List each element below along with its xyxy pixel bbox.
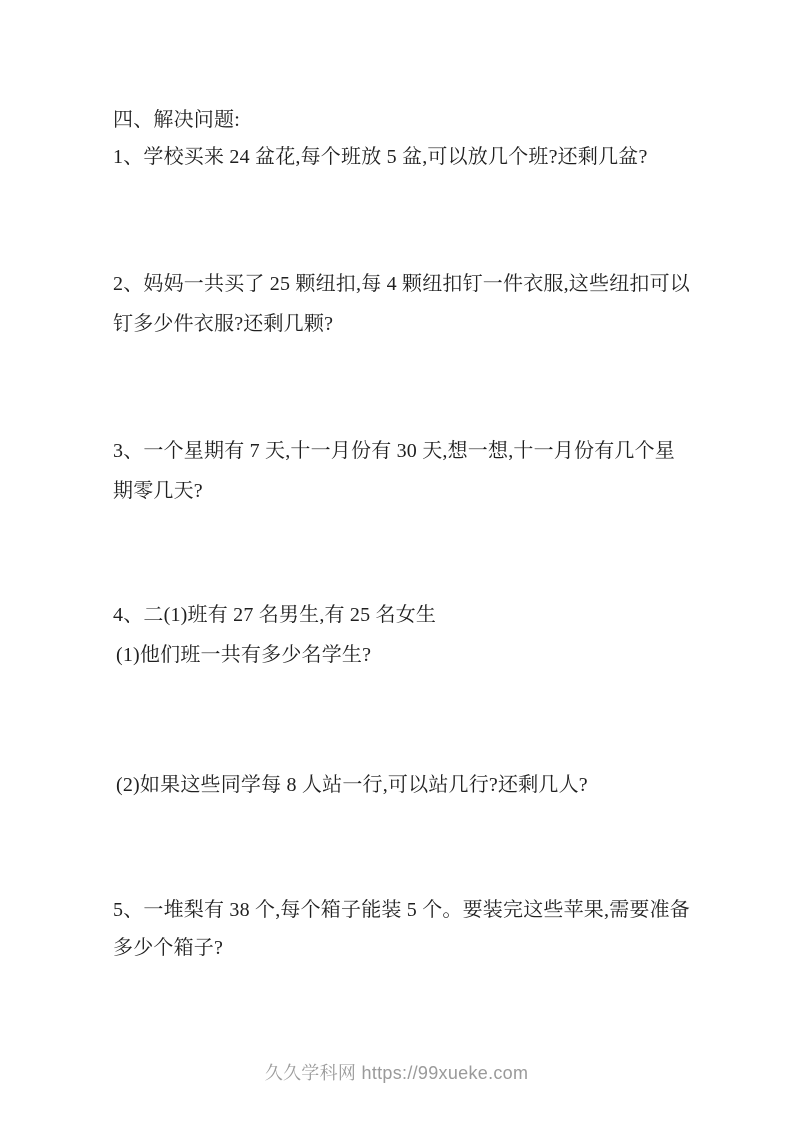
problem-3-text-line-2: 期零几天? (113, 479, 203, 503)
problem-4-sub-question-2: (2)如果这些同学每 8 人站一行,可以站几行?还剩几人? (116, 773, 588, 797)
watermark-footer: 久久学科网 https://99xueke.com (0, 1062, 793, 1085)
problem-3-text-line-1: 3、一个星期有 7 天,十一月份有 30 天,想一想,十一月份有几个星 (113, 439, 675, 463)
problem-4-text: 4、二(1)班有 27 名男生,有 25 名女生 (113, 603, 436, 627)
worksheet-page: 四、解决问题: 1、学校买来 24 盆花,每个班放 5 盆,可以放几个班?还剩几… (0, 0, 793, 1122)
problem-2-text-line-2: 钉多少件衣服?还剩几颗? (113, 312, 333, 336)
problem-4-sub-question-1: (1)他们班一共有多少名学生? (116, 643, 371, 667)
problem-1-text: 1、学校买来 24 盆花,每个班放 5 盆,可以放几个班?还剩几盆? (113, 145, 648, 169)
section-heading: 四、解决问题: (113, 108, 240, 132)
problem-5-text-line-1: 5、一堆梨有 38 个,每个箱子能装 5 个。要装完这些苹果,需要准备 (113, 898, 690, 922)
problem-2-text-line-1: 2、妈妈一共买了 25 颗纽扣,每 4 颗纽扣钉一件衣服,这些纽扣可以 (113, 272, 690, 296)
problem-5-text-line-2: 多少个箱子? (113, 936, 223, 960)
